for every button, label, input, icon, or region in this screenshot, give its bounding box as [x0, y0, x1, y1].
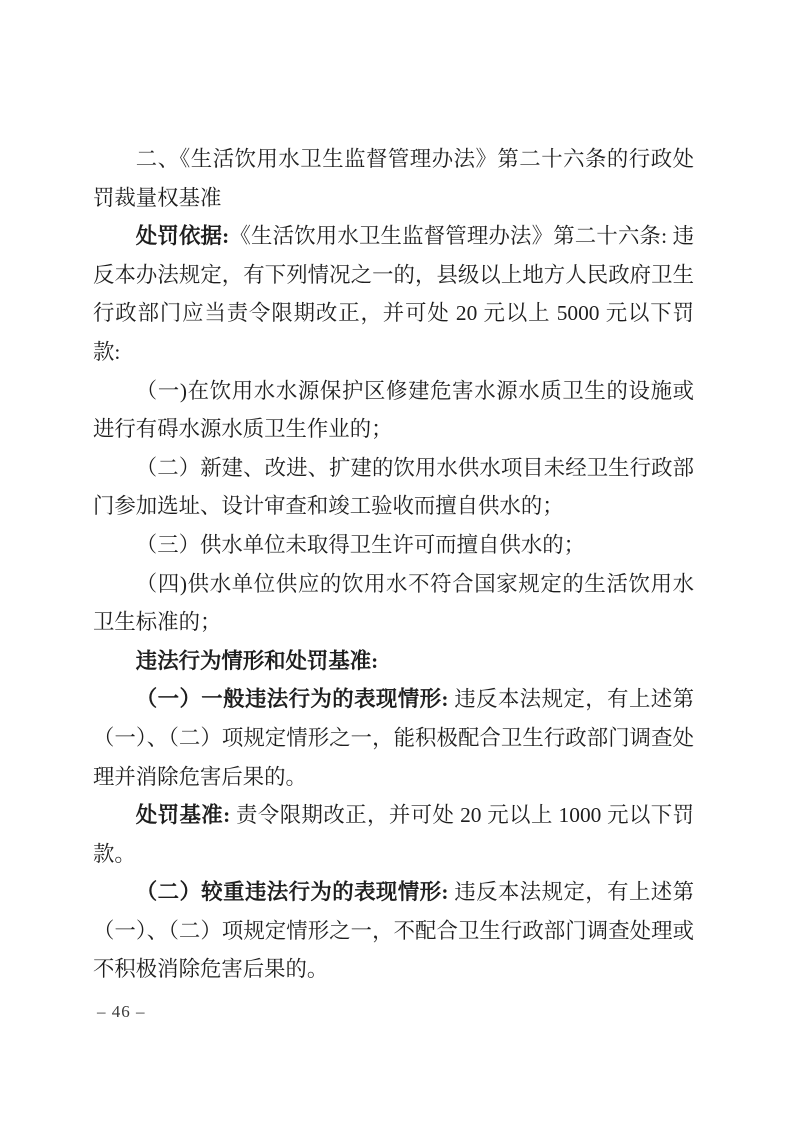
section-heading: 二、《生活饮用水卫生监督管理办法》第二十六条的行政处罚裁量权基准 [93, 140, 694, 217]
document-page: 二、《生活饮用水卫生监督管理办法》第二十六条的行政处罚裁量权基准 处罚依据:《生… [0, 0, 793, 1122]
violation-item-1: （一)在饮用水水源保护区修建危害水源水质卫生的设施或进行有碍水源水质卫生作业的； [93, 372, 694, 449]
penalty-basis-paragraph: 处罚依据:《生活饮用水卫生监督管理办法》第二十六条: 违反本办法规定，有下列情况… [93, 217, 694, 371]
clause-heavier-violation-label: （二）较重违法行为的表现情形: [136, 880, 449, 904]
clause-general-violation-label: （一）一般违法行为的表现情形: [136, 687, 449, 711]
clause-heavier-violation: （二）较重违法行为的表现情形: 违反本法规定，有上述第（一）、（二）项规定情形之… [93, 873, 694, 989]
page-number: – 46 – [97, 1000, 146, 1024]
document-content: 二、《生活饮用水卫生监督管理办法》第二十六条的行政处罚裁量权基准 处罚依据:《生… [93, 140, 694, 989]
violation-item-4: （四)供水单位供应的饮用水不符合国家规定的生活饮用水卫生标准的； [93, 565, 694, 642]
clause-penalty-standard-label: 处罚基准: [136, 803, 230, 827]
violation-item-3: （三）供水单位未取得卫生许可而擅自供水的； [93, 526, 694, 565]
subheading-violation-and-penalty: 违法行为情形和处罚基准: [93, 642, 694, 681]
penalty-basis-label: 处罚依据: [136, 224, 229, 248]
violation-item-2: （二）新建、改进、扩建的饮用水供水项目未经卫生行政部门参加选址、设计审查和竣工验… [93, 449, 694, 526]
clause-penalty-standard: 处罚基准: 责令限期改正，并可处 20 元以上 1000 元以下罚款。 [93, 796, 694, 873]
clause-general-violation: （一）一般违法行为的表现情形: 违反本法规定，有上述第（一）、（二）项规定情形之… [93, 680, 694, 796]
